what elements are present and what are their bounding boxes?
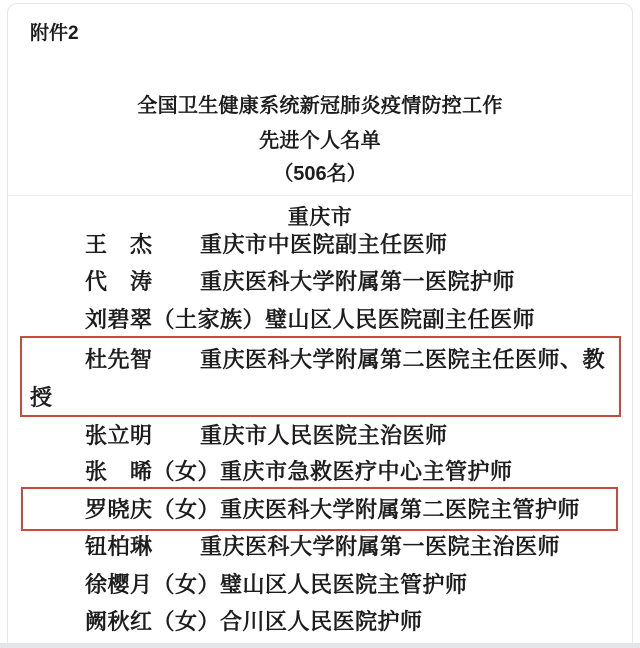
person-name-and-title: 刘碧翠（土家族）璧山区人民医院副主任医师: [85, 307, 535, 332]
person-name: 张立明: [85, 425, 200, 447]
person-row: 徐樱月（女）璧山区人民医院主管护师: [85, 574, 468, 596]
doc-title-line1: 全国卫生健康系统新冠肺炎疫情防控工作: [0, 89, 640, 118]
person-name: 代 涛: [85, 271, 200, 293]
person-name: 杜先智: [85, 349, 200, 371]
person-row-highlighted: 罗晓庆（女）重庆医科大学附属第二医院主管护师: [85, 499, 580, 521]
person-name-and-title: 阙秋红（女）合川区人民医院护师: [85, 609, 423, 634]
person-name-and-title: 张 晞（女）重庆市急救医疗中心主管护师: [85, 459, 513, 484]
list-top-divider: [8, 195, 633, 196]
person-title: 重庆市人民医院主治医师: [200, 423, 448, 448]
person-title: 重庆医科大学附属第一医院主治医师: [200, 534, 560, 559]
person-name: 王 杰: [85, 234, 200, 256]
person-row: 王 杰重庆市中医院副主任医师: [85, 234, 448, 256]
person-row: 钮柏琳重庆医科大学附属第一医院主治医师: [85, 536, 560, 558]
section-header-chongqing: 重庆市: [0, 201, 640, 231]
attachment-label: 附件2: [30, 24, 79, 44]
document-page: 附件2 全国卫生健康系统新冠肺炎疫情防控工作 先进个人名单 （506名） 重庆市…: [0, 0, 640, 648]
person-row-highlighted: 杜先智重庆医科大学附属第二医院主任医师、教: [85, 349, 605, 371]
person-row: 张立明重庆市人民医院主治医师: [85, 425, 448, 447]
person-name-and-title: 徐樱月（女）璧山区人民医院主管护师: [85, 572, 468, 597]
person-row: 阙秋红（女）合川区人民医院护师: [85, 611, 423, 633]
page-bottom-strip: [0, 643, 640, 648]
doc-title-line2: 先进个人名单: [0, 124, 640, 153]
person-row: 张 晞（女）重庆市急救医疗中心主管护师: [85, 461, 513, 483]
person-row: 代 涛重庆医科大学附属第一医院护师: [85, 271, 515, 293]
person-title-wrap-char: 授: [30, 387, 52, 409]
person-row: 刘碧翠（土家族）璧山区人民医院副主任医师: [85, 309, 535, 331]
person-title: 重庆市中医院副主任医师: [200, 232, 448, 257]
doc-count-line: （506名）: [0, 157, 640, 186]
person-name-and-title: 罗晓庆（女）重庆医科大学附属第二医院主管护师: [85, 497, 580, 522]
person-name: 钮柏琳: [85, 536, 200, 558]
person-title: 重庆医科大学附属第二医院主任医师、教: [200, 347, 605, 372]
person-title: 重庆医科大学附属第一医院护师: [200, 269, 515, 294]
